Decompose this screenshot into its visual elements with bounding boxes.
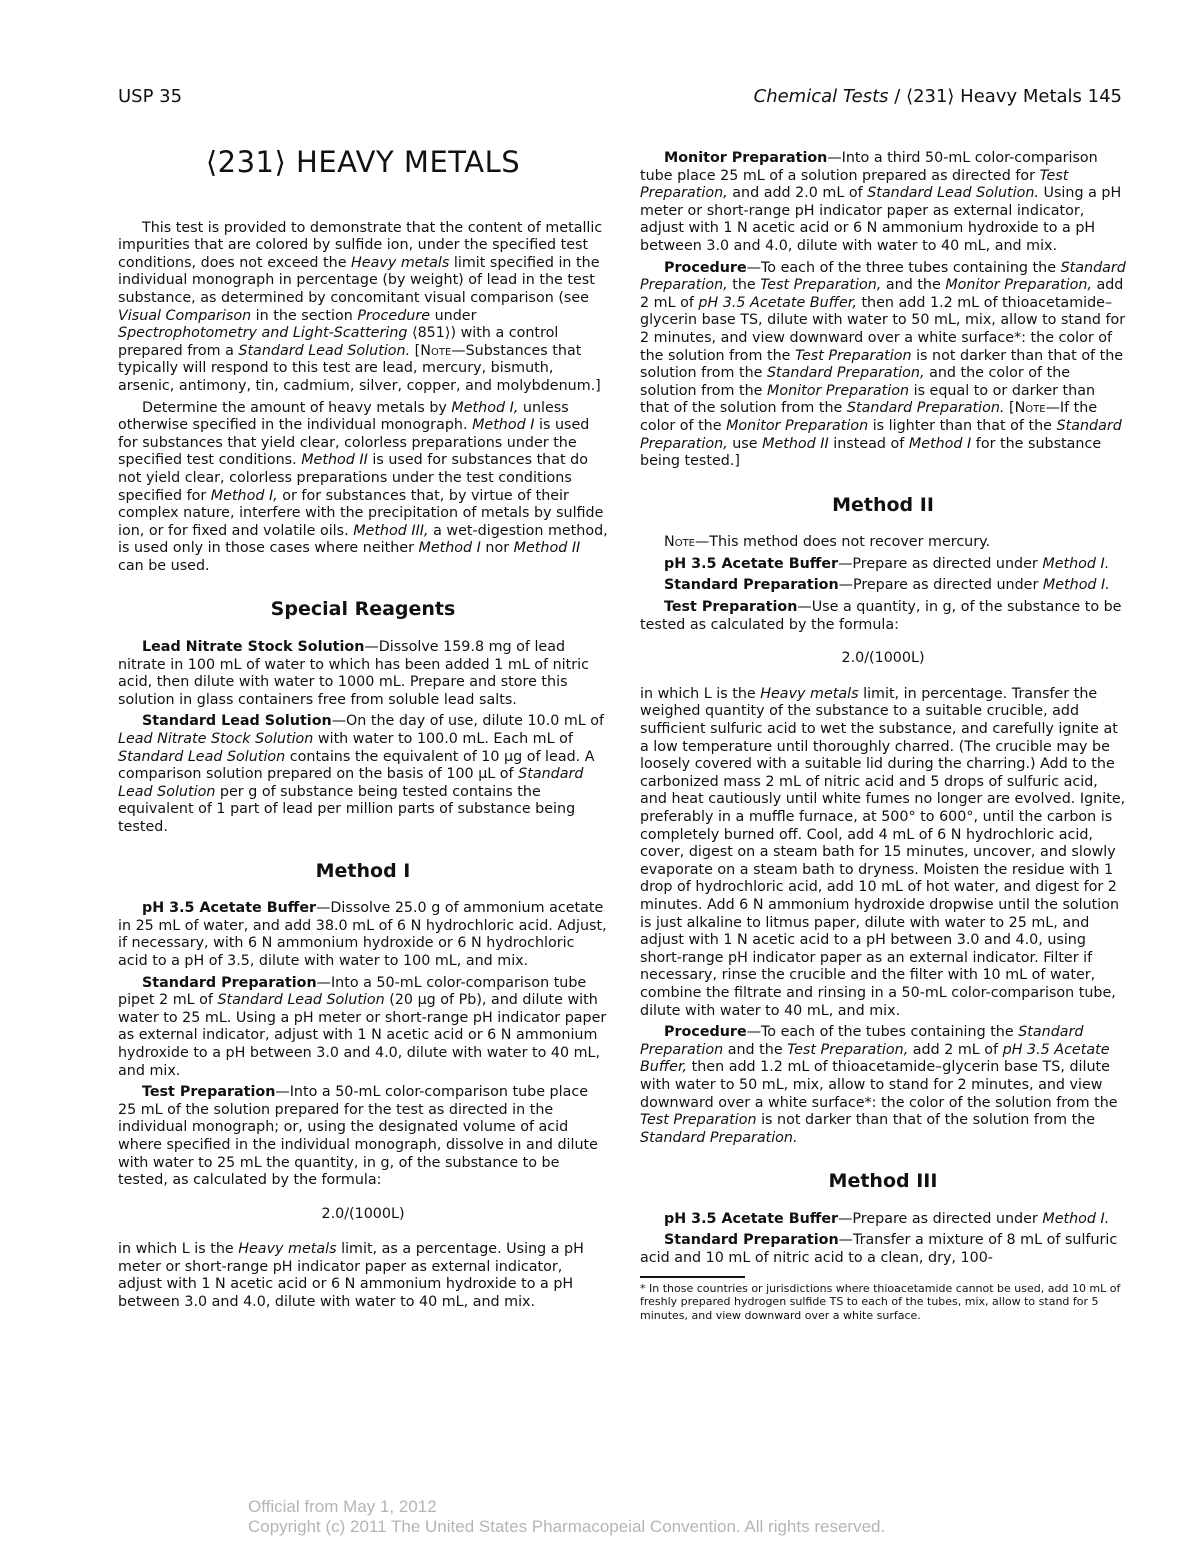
m2-formula-explanation: in which L is the Heavy metals limit, in… xyxy=(640,686,1126,1020)
header-chapter-page: ⟨231⟩ Heavy Metals 145 xyxy=(906,86,1122,107)
m1-monitor-preparation-paragraph: Monitor Preparation—Into a third 50-mL c… xyxy=(640,150,1126,256)
m3-standard-preparation-paragraph: Standard Preparation—Transfer a mixture … xyxy=(640,1232,1126,1267)
m2-note: Note—This method does not recover mercur… xyxy=(640,534,1126,552)
section-heading-method-2: Method II xyxy=(640,497,1126,515)
m3-acetate-buffer-paragraph: pH 3.5 Acetate Buffer—Prepare as directe… xyxy=(640,1211,1126,1229)
chapter-title: ⟨231⟩ HEAVY METALS xyxy=(118,154,608,172)
header-section: Chemical Tests xyxy=(754,86,889,107)
m2-standard-preparation-paragraph: Standard Preparation—Prepare as directed… xyxy=(640,577,1126,595)
section-heading-special-reagents: Special Reagents xyxy=(118,601,608,619)
section-heading-method-1: Method I xyxy=(118,863,608,881)
m1-standard-preparation-paragraph: Standard Preparation—Into a 50-mL color-… xyxy=(118,975,608,1081)
right-column: Monitor Preparation—Into a third 50-mL c… xyxy=(640,150,1126,1322)
m1-formula-explanation: in which L is the Heavy metals limit, as… xyxy=(118,1241,608,1311)
m1-formula: 2.0/(1000L) xyxy=(118,1206,608,1224)
m2-procedure-paragraph: Procedure—To each of the tubes containin… xyxy=(640,1024,1126,1147)
section-heading-method-3: Method III xyxy=(640,1173,1126,1191)
m2-formula: 2.0/(1000L) xyxy=(640,650,1126,668)
method-selection-paragraph: Determine the amount of heavy metals by … xyxy=(118,400,608,576)
m1-acetate-buffer-paragraph: pH 3.5 Acetate Buffer—Dissolve 25.0 g of… xyxy=(118,900,608,970)
watermark-official-date: Official from May 1, 2012 xyxy=(248,1497,885,1517)
footnote: * In those countries or jurisdictions wh… xyxy=(640,1282,1126,1323)
m2-acetate-buffer-paragraph: pH 3.5 Acetate Buffer—Prepare as directe… xyxy=(640,556,1126,574)
watermark-copyright: Copyright (c) 2011 The United States Pha… xyxy=(248,1517,885,1537)
standard-lead-solution-paragraph: Standard Lead Solution—On the day of use… xyxy=(118,713,608,836)
copyright-watermark: Official from May 1, 2012 Copyright (c) … xyxy=(248,1497,885,1537)
footnote-divider xyxy=(640,1276,745,1278)
m2-test-preparation-paragraph: Test Preparation—Use a quantity, in g, o… xyxy=(640,599,1126,634)
header-left: USP 35 xyxy=(118,86,182,107)
intro-paragraph: This test is provided to demonstrate tha… xyxy=(118,220,608,396)
running-header: USP 35 Chemical Tests / ⟨231⟩ Heavy Meta… xyxy=(118,86,1122,107)
header-right: Chemical Tests / ⟨231⟩ Heavy Metals 145 xyxy=(754,86,1122,107)
m1-test-preparation-paragraph: Test Preparation—Into a 50-mL color-comp… xyxy=(118,1084,608,1190)
lead-nitrate-stock-paragraph: Lead Nitrate Stock Solution—Dissolve 159… xyxy=(118,639,608,709)
left-column: ⟨231⟩ HEAVY METALS This test is provided… xyxy=(118,140,608,1316)
m1-procedure-paragraph: Procedure—To each of the three tubes con… xyxy=(640,260,1126,471)
